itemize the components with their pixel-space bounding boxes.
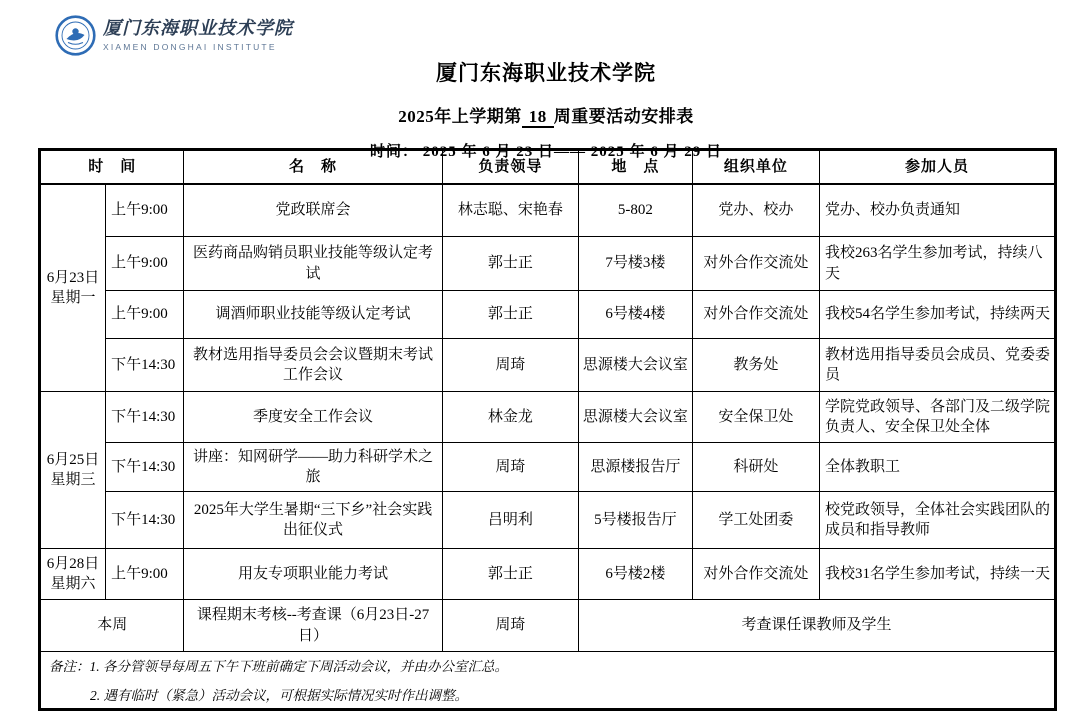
leader-cell: 周琦 <box>442 600 578 652</box>
name-cell: 教材选用指导委员会会议暨期末考试工作会议 <box>184 339 442 392</box>
name-cell: 党政联席会 <box>184 184 442 237</box>
org-cell: 安全保卫处 <box>692 392 819 443</box>
place-cell: 7号楼3楼 <box>578 237 692 291</box>
date-cell: 6月25日 星期三 <box>40 392 106 549</box>
participants-cell: 学院党政领导、各部门及二级学院负责人、安全保卫处全体 <box>820 392 1056 443</box>
leader-cell: 郭士正 <box>442 237 578 291</box>
subtitle-suffix: 周重要活动安排表 <box>554 107 694 126</box>
org-cell: 对外合作交流处 <box>692 237 819 291</box>
time-cell: 下午14:30 <box>106 443 184 492</box>
table-row: 6月23日 星期一 上午9:00 党政联席会 林志聪、宋艳春 5-802 党办、… <box>40 184 1056 237</box>
note-line-1: 备注：1. 各分管领导每周五下午下班前确定下周活动会议，并由办公室汇总。 <box>49 659 1044 675</box>
time-cell: 下午14:30 <box>106 492 184 549</box>
name-cell: 调酒师职业技能等级认定考试 <box>184 291 442 339</box>
place-cell: 6号楼4楼 <box>578 291 692 339</box>
col-header-time: 时 间 <box>40 150 184 184</box>
notes-row: 备注：1. 各分管领导每周五下午下班前确定下周活动会议，并由办公室汇总。 2. … <box>40 652 1056 710</box>
name-cell: 2025年大学生暑期“三下乡”社会实践出征仪式 <box>184 492 442 549</box>
note-line-2: 2. 遇有临时（紧急）活动会议，可根据实际情况实时作出调整。 <box>49 688 1044 704</box>
table-row: 下午14:30 2025年大学生暑期“三下乡”社会实践出征仪式 吕明利 5号楼报… <box>40 492 1056 549</box>
table-row: 下午14:30 教材选用指导委员会会议暨期末考试工作会议 周琦 思源楼大会议室 … <box>40 339 1056 392</box>
table-row: 6月25日 星期三 下午14:30 季度安全工作会议 林金龙 思源楼大会议室 安… <box>40 392 1056 443</box>
participants-merged-cell: 考查课任课教师及学生 <box>578 600 1055 652</box>
school-logo-text: 厦门东海职业技术学院 XIAMEN DONGHAI INSTITUTE <box>103 15 293 52</box>
name-cell: 课程期末考核--考查课（6月23日-27日） <box>184 600 442 652</box>
col-header-leader: 负责领导 <box>442 150 578 184</box>
participants-cell: 全体教职工 <box>820 443 1056 492</box>
leader-cell: 林志聪、宋艳春 <box>442 184 578 237</box>
time-cell: 上午9:00 <box>106 184 184 237</box>
leader-cell: 周琦 <box>442 443 578 492</box>
name-cell: 用友专项职业能力考试 <box>184 549 442 600</box>
time-cell: 上午9:00 <box>106 237 184 291</box>
table-row: 下午14:30 讲座：知网研学——助力科研学术之旅 周琦 思源楼报告厅 科研处 … <box>40 443 1056 492</box>
time-cell: 上午9:00 <box>106 549 184 600</box>
name-cell: 医药商品购销员职业技能等级认定考试 <box>184 237 442 291</box>
participants-cell: 党办、校办负责通知 <box>820 184 1056 237</box>
org-cell: 科研处 <box>692 443 819 492</box>
place-cell: 5号楼报告厅 <box>578 492 692 549</box>
org-cell: 学工处团委 <box>692 492 819 549</box>
place-cell: 思源楼报告厅 <box>578 443 692 492</box>
table-row: 上午9:00 调酒师职业技能等级认定考试 郭士正 6号楼4楼 对外合作交流处 我… <box>40 291 1056 339</box>
org-cell: 党办、校办 <box>692 184 819 237</box>
place-cell: 思源楼大会议室 <box>578 339 692 392</box>
time-cell: 上午9:00 <box>106 291 184 339</box>
table-row: 6月28日 星期六 上午9:00 用友专项职业能力考试 郭士正 6号楼2楼 对外… <box>40 549 1056 600</box>
name-cell: 讲座：知网研学——助力科研学术之旅 <box>184 443 442 492</box>
participants-cell: 我校31名学生参加考试，持续一天 <box>820 549 1056 600</box>
subtitle-prefix: 2025年上学期第 <box>398 107 522 126</box>
org-cell: 教务处 <box>692 339 819 392</box>
notes-cell: 备注：1. 各分管领导每周五下午下班前确定下周活动会议，并由办公室汇总。 2. … <box>40 652 1056 710</box>
school-name-calligraphy: 厦门东海职业技术学院 <box>103 19 293 39</box>
place-cell: 思源楼大会议室 <box>578 392 692 443</box>
table-header-row: 时 间 名 称 负责领导 地 点 组织单位 参加人员 <box>40 150 1056 184</box>
page-subtitle: 2025年上学期第18周重要活动安排表 <box>0 102 1092 127</box>
leader-cell: 郭士正 <box>442 291 578 339</box>
org-cell: 对外合作交流处 <box>692 549 819 600</box>
name-cell: 季度安全工作会议 <box>184 392 442 443</box>
col-header-participants: 参加人员 <box>820 150 1056 184</box>
document-page: 厦门东海职业技术学院 XIAMEN DONGHAI INSTITUTE 厦门东海… <box>0 0 1092 723</box>
time-cell: 下午14:30 <box>106 392 184 443</box>
table-row: 本周 课程期末考核--考查课（6月23日-27日） 周琦 考查课任课教师及学生 <box>40 600 1056 652</box>
date-cell: 6月28日 星期六 <box>40 549 106 600</box>
time-cell: 下午14:30 <box>106 339 184 392</box>
place-cell: 5-802 <box>578 184 692 237</box>
participants-cell: 校党政领导，全体社会实践团队的成员和指导教师 <box>820 492 1056 549</box>
place-cell: 6号楼2楼 <box>578 549 692 600</box>
week-label-cell: 本周 <box>40 600 184 652</box>
participants-cell: 我校263名学生参加考试，持续八天 <box>820 237 1056 291</box>
participants-cell: 我校54名学生参加考试，持续两天 <box>820 291 1056 339</box>
col-header-name: 名 称 <box>184 150 442 184</box>
week-number: 18 <box>522 107 554 128</box>
participants-cell: 教材选用指导委员会成员、党委委员 <box>820 339 1056 392</box>
schedule-table: 时 间 名 称 负责领导 地 点 组织单位 参加人员 6月23日 星期一 上午9… <box>38 148 1057 711</box>
col-header-place: 地 点 <box>578 150 692 184</box>
table-row: 上午9:00 医药商品购销员职业技能等级认定考试 郭士正 7号楼3楼 对外合作交… <box>40 237 1056 291</box>
org-cell: 对外合作交流处 <box>692 291 819 339</box>
date-cell: 6月23日 星期一 <box>40 184 106 392</box>
leader-cell: 林金龙 <box>442 392 578 443</box>
leader-cell: 吕明利 <box>442 492 578 549</box>
school-logo: 厦门东海职业技术学院 XIAMEN DONGHAI INSTITUTE <box>55 15 293 61</box>
leader-cell: 周琦 <box>442 339 578 392</box>
school-name-english: XIAMEN DONGHAI INSTITUTE <box>103 42 293 52</box>
leader-cell: 郭士正 <box>442 549 578 600</box>
col-header-org: 组织单位 <box>692 150 819 184</box>
school-emblem-icon <box>55 15 96 61</box>
